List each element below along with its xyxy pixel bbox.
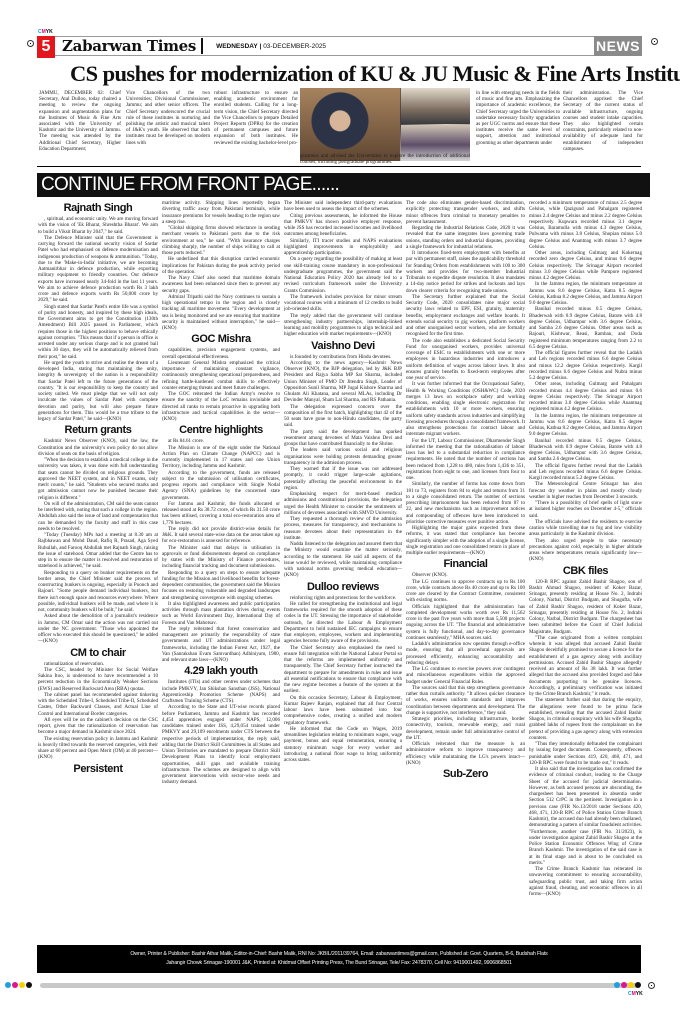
story-paragraph: The sources said that this step strength… [406,685,525,716]
story-paragraph: On this occasion Secretary, Labour & Emp… [284,695,402,726]
story-paragraph: They also urged people to take necessary… [529,538,642,563]
story-paragraph: The reply added that the government will… [284,313,402,338]
story-paragraph: Highlighting the major gains expected fr… [406,525,525,556]
story-paragraph: Officials reiterated that the measure is… [406,741,525,766]
story-paragraph: The code also establishes a dedicated So… [406,338,525,382]
meeting-photo [300,88,470,161]
story-heading: Rajnath Singh [38,201,158,215]
continue-banner: CONTINUE FROM FRONT PAGE...... [37,173,650,197]
issue-date: WEDNESDAY | 03-DECEMBER-2025 [216,43,326,50]
story-paragraph: Other areas, including Gulmarg and Pahal… [529,381,642,412]
newspaper-brand: Zabarwan Times [62,37,196,55]
masthead-divider [201,38,203,54]
continued-column-5: recorded a minimum temperature of minus … [529,200,642,935]
section-rule [37,166,641,167]
issue-day: WEDNESDAY [216,43,258,50]
story-heading: CM to chair [38,646,158,660]
story-paragraph: Officials highlighted that the administr… [406,604,525,642]
story-paragraph: The leaders said various social and reli… [284,447,402,466]
story-heading: Centre highlights [162,423,280,437]
story-paragraph: The Minister said independent third-part… [284,200,402,213]
registration-mark-top-right [651,38,658,45]
story-paragraph: They warned that if the issue was not ad… [284,466,402,491]
story-paragraph: Similarly, the number of forms has come … [406,481,525,525]
story-paragraph: Institutes (ITIs) and other centres unde… [162,679,280,704]
story-paragraph: Other areas, including Gulmarg and Koker… [529,250,642,281]
story-paragraph: The delegation expressed concern over th… [284,404,402,429]
story-paragraph: The party said the development has spark… [284,429,402,448]
story-paragraph: He called for strengthening the institut… [284,601,402,645]
story-paragraph: Responding to a query on bunker requirem… [38,570,158,614]
story-paragraph: He informed that the Code on Wages, 2019… [284,726,402,764]
continued-column-1: Rajnath Singh, spiritual, and economic u… [38,200,158,935]
story-paragraph: capabilities, precision engagement syste… [162,347,280,360]
story-heading: CBK files [529,564,642,578]
story-heading: GOC Mishra [162,332,280,346]
story-heading: Financial [406,557,525,571]
story-paragraph: Regarding the Industrial Relations Code,… [406,225,525,250]
story-paragraph: According to the State and UT-wise recor… [162,704,280,785]
bottom-color-strip [40,983,638,988]
lead-column-4: in line with emerging needs in the field… [476,90,560,164]
story-paragraph: "Thus they intentionally defrauded the c… [529,741,642,766]
story-paragraph: On will of the administration, CM said t… [38,501,158,532]
story-paragraph: Kashmir News Observer (KNO), said the la… [38,438,158,457]
lead-column-2: Vice Chancellors of the two Universities… [126,90,210,164]
story-heading: Vaishno Devi [284,339,402,353]
story-paragraph: It was further informed that the Occupat… [406,381,525,437]
story-heading: Dulloo reviews [284,580,402,594]
story-paragraph: All eyes will be on the cabinet's decisi… [38,717,158,736]
story-paragraph: The reply reiterated that forest conserv… [162,626,280,664]
photo-caption-continuation: grammes and advised the Universities to … [300,153,470,165]
story-paragraph: He underlined that this disruption carri… [162,256,280,275]
lead-headline: CS pushes for modernization of KU & JU M… [70,61,670,87]
story-paragraph: The framework includes provision for min… [284,294,402,313]
lead-column-1: JAMMU, DECEMBER 02: Chief Secretary, Ata… [39,90,121,164]
story-paragraph: reinforcing rights and protections for t… [284,595,402,601]
story-paragraph: The statement further said that during t… [529,697,642,741]
story-paragraph: Lieutenant General Mishra emphasized the… [162,360,280,391]
story-paragraph: On a query regarding the possibility of … [284,256,402,294]
story-heading: 4.29 lakh youth [162,664,280,678]
lead-column-3: robust infrastructure to ensure an enabl… [214,90,298,164]
story-paragraph: The existing reservation policy in Jammu… [38,736,158,761]
story-paragraph: Citing previous assessments, he informed… [284,213,402,238]
story-paragraph: The code also eliminates gender-based di… [406,200,525,225]
story-paragraph: The GOC reiterated the Indian Army's res… [162,391,280,422]
story-paragraph: The reply did not provide district-wise … [162,526,280,545]
story-paragraph: , spiritual, and economic unity. We are … [38,216,158,235]
story-paragraph: recorded a minimum temperature of minus … [529,200,642,250]
story-paragraph: The Crime Branch Kashmir has reiterated … [529,866,642,897]
story-paragraph: The Chief Secretary also emphasised the … [284,645,402,695]
photo-video-conference-top [401,88,470,124]
photo-chief-secretary [300,88,400,161]
story-paragraph: According to the government, funds are r… [162,470,280,501]
story-heading: Return grants [38,423,158,437]
story-paragraph: For Jammu and Kashmir, the funds allocat… [162,501,280,526]
story-heading: Sub-Zero [406,767,525,781]
story-heading: Persistent [38,762,158,776]
issue-date-value: 03-DECEMBER-2025 [263,43,326,50]
story-paragraph: "There is a possibility of brief spells … [529,500,642,519]
section-label: NEWS [594,36,642,56]
story-paragraph: It also said that the investigation has … [529,766,642,866]
story-paragraph: Emphasising respect for merit-based medi… [284,491,402,516]
imprint-line-2: Jahangir Chowk Srinagar-190001 J&K, Prin… [37,959,641,968]
story-paragraph: Admiral Tripathi said the Navy continues… [162,294,280,332]
story-paragraph: In the Jammu region, the minimum tempera… [529,413,642,438]
continued-column-3: The Minister said independent third-part… [284,200,402,935]
story-paragraph: Ladakh's administration now operates thr… [406,641,525,666]
masthead: 5 Zabarwan Times WEDNESDAY | 03-DECEMBER… [37,36,642,56]
story-paragraph: The Meteorological Centre Srinagar has a… [529,481,642,500]
story-paragraph: The Secretary further explained that the… [406,294,525,338]
story-paragraph: Similarly, ITI tracer studies and NAPS e… [284,238,402,257]
story-paragraph: The LG continues to exercise powers over… [406,666,525,685]
imprint-footer: Owner, Printer & Publisher: Bashir Athar… [37,945,641,973]
story-paragraph: "The case originated from a written comp… [529,635,642,698]
story-paragraph: According to the news agency—Kashmir New… [284,360,402,404]
date-separator: | [260,43,262,50]
story-paragraph: "Today (Tuesday) MPs had a meeting at 8.… [38,532,158,570]
cmyk-mark-top: CMYK [38,29,53,35]
story-paragraph: The Minister said that delays in utilisa… [162,545,280,570]
story-paragraph: Strategic priorities, including infrastr… [406,716,525,741]
color-dots-left [5,982,32,988]
story-paragraph: Banihal recorded minus 0.5 degree Celsiu… [529,306,642,350]
continued-column-2: maritime activity. Shipping lines report… [162,200,280,935]
story-paragraph: The Navy Chief also noted that maritime … [162,275,280,294]
registration-mark-top-left [27,40,34,47]
story-paragraph: The officials have advised the residents… [529,519,642,538]
story-paragraph: "Global shipping firms showed reluctance… [162,225,280,256]
story-paragraph: The CSC, headed by Minister for Social W… [38,667,158,692]
story-paragraph: maritime activity. Shipping lines report… [162,200,280,225]
story-paragraph: It also highlighted awareness and public… [162,601,280,626]
story-paragraph: "When the decision to establish a medica… [38,457,158,501]
page-number: 5 [37,36,55,58]
lead-column-5: their administration. The Vice Chancello… [563,90,643,164]
story-paragraph: The cabinet panel has recommended agains… [38,692,158,717]
color-dots-right [614,982,641,988]
story-paragraph: The Defence Minister said that the Gover… [38,235,158,304]
story-paragraph: They requested a thorough review of the … [284,516,402,541]
story-paragraph: The Mission is one of the eight under th… [162,445,280,470]
story-paragraph: Asked about the demolition of a journali… [38,613,158,644]
story-paragraph: Singh stated that Sardar Patel's entire … [38,304,158,360]
cmyk-mark-bottom: CMYK [628,991,643,997]
story-paragraph: He urged the youth to strive and realise… [38,360,158,423]
registration-mark-bottom-right [648,982,655,989]
story-paragraph: The official figures further reveal that… [529,350,642,381]
continued-column-4: The code also eliminates gender-based di… [406,200,525,935]
story-paragraph: The official figures further reveal that… [529,463,642,482]
story-paragraph: Nadda listened to the delegation and ass… [284,541,402,579]
story-paragraph: It introduces fixed-term employment with… [406,250,525,294]
imprint-line-1: Owner, Printer & Publisher: Bashir Athar… [37,950,641,959]
story-paragraph: Responding to a query on steps to ensure… [162,570,280,601]
story-paragraph: In the Jammu region, the minimum tempera… [529,281,642,306]
story-paragraph: is founded by contributions from Hindu d… [284,354,402,360]
story-paragraph: 120-B RPC against Zahid Bashir Shagoo, s… [529,579,642,635]
story-paragraph: The LG continues to approve contracts up… [406,579,525,604]
story-paragraph: Banihal recorded minus 0.5 degree Celsiu… [529,438,642,463]
story-paragraph: For the UT, Labour Commissioner, Dharmen… [406,438,525,482]
